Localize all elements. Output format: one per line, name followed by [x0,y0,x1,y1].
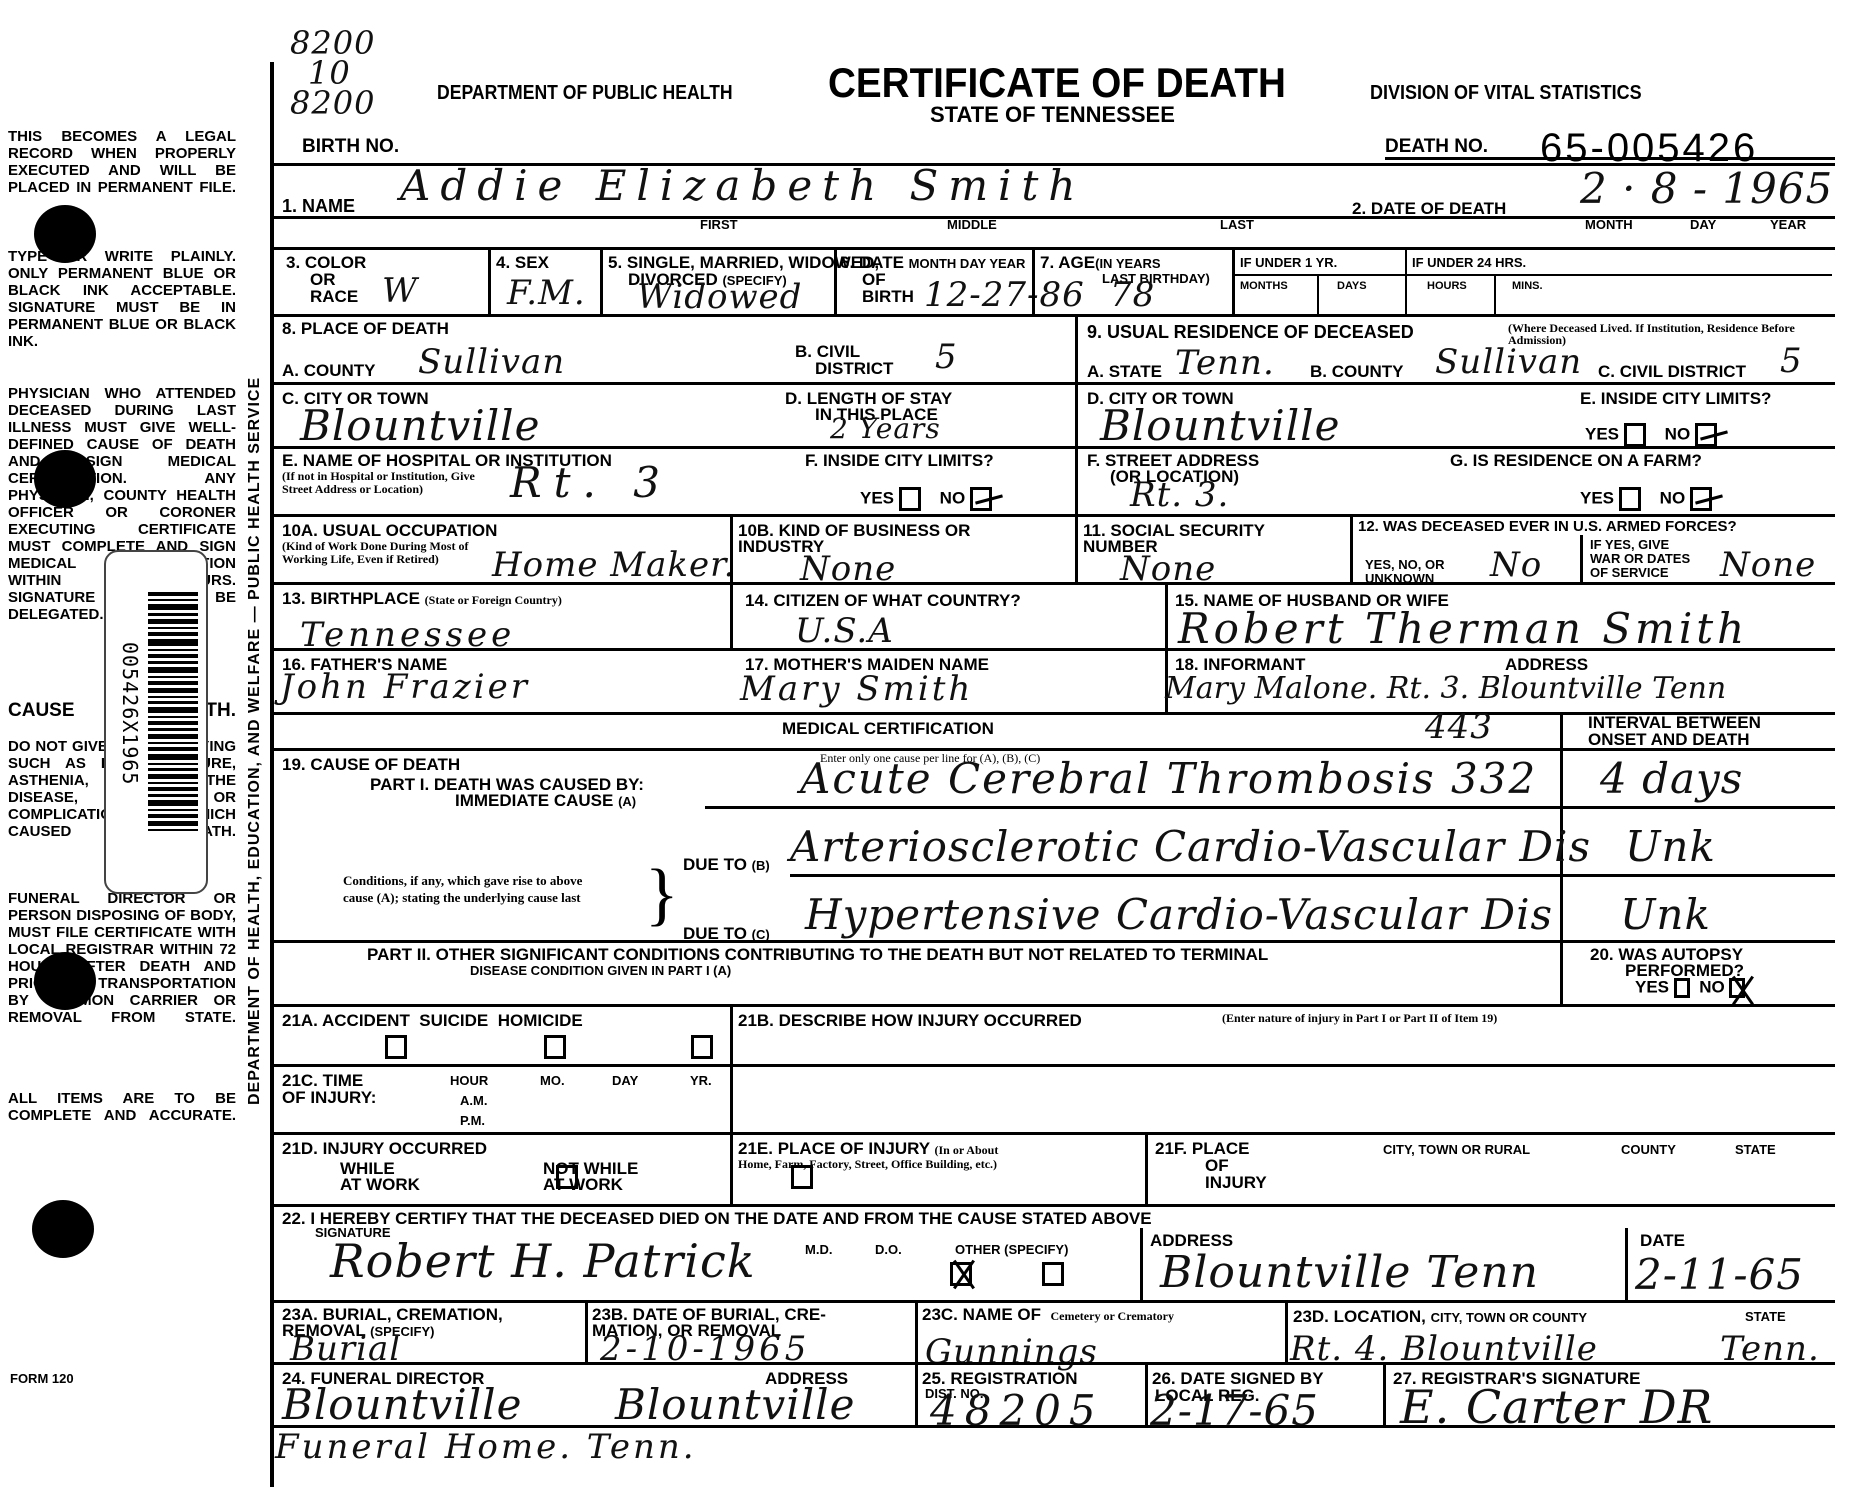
state-subtitle: STATE OF TENNESSEE [930,106,1175,123]
accident-checkbox[interactable] [385,1035,407,1059]
location-label: 23D. LOCATION, CITY, TOWN OR COUNTY [1293,1308,1587,1325]
homicide-checkbox[interactable] [691,1035,713,1059]
form-number: FORM 120 [10,1372,74,1385]
civil-label: B. CIVIL [795,343,860,360]
death-inside-yes-checkbox[interactable] [899,487,921,511]
autopsy-options: YES NO [1635,978,1745,998]
funeral-director-field[interactable]: Blountville [282,1384,522,1426]
complete-notice: ALL ITEMS ARE TO BE COMPLETE AND ACCURAT… [8,1090,236,1124]
certify-date-field[interactable]: 2-11-65 [1635,1254,1804,1296]
disposition-field[interactable]: Burial [290,1332,401,1366]
due-to-b-label: DUE TO (B) [683,856,770,873]
farm-label: G. IS RESIDENCE ON A FARM? [1450,452,1702,469]
sex-field[interactable]: F.M. [507,276,586,310]
department-label: DEPARTMENT OF PUBLIC HEALTH [437,85,733,102]
marital-status-field[interactable]: Widowed [637,280,802,314]
street-address-field[interactable]: Rt. 3. [1130,478,1229,512]
age-label: 7. AGE(IN YEARS [1040,254,1161,271]
middle-sublabel: MIDDLE [947,218,997,231]
interval-c-field[interactable]: Unk [1620,894,1711,936]
autopsy-yes-checkbox[interactable] [1674,978,1690,998]
do-label: D.O. [875,1243,902,1256]
citizen-label: 14. CITIZEN OF WHAT COUNTRY? [745,592,1021,609]
ynu-label: YES, NO, OR [1365,558,1444,571]
death-no-label: DEATH NO. [1385,138,1488,155]
death-county-field[interactable]: Sullivan [418,345,565,379]
other-specify-label: OTHER (SPECIFY) [955,1243,1068,1256]
barcode-number: 005426X1965 [118,642,142,785]
injury-county-label: COUNTY [1621,1143,1676,1156]
farm-no-checkbox[interactable] [1690,487,1712,511]
cemetery-label: 23C. NAME OF Cemetery or Crematory [922,1306,1174,1323]
hours-label: HOURS [1427,280,1467,293]
injury-state-label: STATE [1735,1143,1776,1156]
race-field[interactable]: W [382,274,418,308]
date-of-death-label: 2. DATE OF DEATH [1352,200,1506,217]
am-label: A.M. [460,1094,487,1107]
city-rural-label: CITY, TOWN OR RURAL [1383,1143,1530,1156]
occupation-field[interactable]: Home Maker. [492,548,735,582]
state-label: A. STATE [1087,363,1162,380]
injury-label: INJURY [1205,1174,1267,1191]
place-of-injury-label: 21E. PLACE OF INJURY (In or About [738,1140,998,1157]
death-city-field[interactable]: Blountville [300,405,540,447]
cause-of-death-label: 19. CAUSE OF DEATH [282,756,460,773]
file-number-handwritten: 8200 10 8200 [290,28,375,118]
farm-yes-checkbox[interactable] [1619,487,1641,511]
occupation-label: 10A. USUAL OCCUPATION [282,522,497,539]
length-of-stay-field[interactable]: 2 Years [830,412,941,446]
location-state-label: STATE [1745,1310,1786,1323]
district-label: DISTRICT [815,360,893,377]
burial-location-field[interactable]: Rt. 4. Blountville [1290,1332,1598,1366]
mo-label: MO. [540,1074,565,1087]
page-title: CERTIFICATE OF DEATH [828,62,1286,104]
month-sublabel: MONTH [1585,218,1633,231]
marital-label: 5. SINGLE, MARRIED, WIDOWED, [608,254,879,271]
yr-label: YR. [690,1074,712,1087]
mins-label: MINS. [1512,280,1543,293]
division-label: DIVISION OF VITAL STATISTICS [1370,85,1642,102]
of-label-2: OF [1205,1157,1229,1174]
dob-label: 6. DATE MONTH DAY YEAR [840,254,1025,271]
sex-label: 4. SEX [496,254,549,271]
of-injury-label: OF INJURY: [282,1089,376,1106]
registration-label: 25. REGISTRATION [922,1370,1078,1387]
cause-b-field[interactable]: Arteriosclerotic Cardio-Vascular Dis [790,826,1591,868]
war-service-field[interactable]: None [1720,548,1816,582]
time-label: 21C. TIME [282,1072,363,1089]
first-sublabel: FIRST [700,218,738,231]
medical-certification-heading: MEDICAL CERTIFICATION [782,720,994,737]
usual-residence-label: 9. USUAL RESIDENCE OF DECEASED [1087,324,1414,341]
accident-label: 21A. ACCIDENT SUICIDE HOMICIDE [282,1012,583,1029]
punch-hole [34,450,96,508]
informant-field[interactable]: Mary Malone. Rt. 3. Blountville Tenn [1165,672,1726,706]
residence-district-label: C. CIVIL DISTRICT [1598,363,1746,380]
conditions-note: Conditions, if any, which gave rise to a… [343,872,613,906]
hospital-field[interactable]: Rt. 3 [510,462,672,504]
death-number: 65-005426 [1540,128,1758,168]
performed-label: PERFORMED? [1625,962,1744,979]
interval-a-field[interactable]: 4 days [1600,758,1743,800]
date-signed-label: 26. DATE SIGNED BY [1152,1370,1324,1387]
race-label: RACE [310,288,358,305]
birth-no-label: BIRTH NO. [302,138,399,155]
do-checkbox[interactable] [1042,1262,1064,1286]
residence-city-field[interactable]: Blountville [1100,405,1340,447]
certify-label: 22. I HEREBY CERTIFY THAT THE DECEASED D… [282,1210,1152,1227]
registrar-signature[interactable]: E. Carter DR [1400,1386,1713,1428]
armed-forces-field[interactable]: No [1490,548,1542,582]
residence-county-field[interactable]: Sullivan [1435,345,1582,379]
birth-label: BIRTH [862,288,914,305]
armed-forces-label: 12. WAS DECEASED EVER IN U.S. ARMED FORC… [1358,520,1737,533]
death-district-field[interactable]: 5 [935,340,958,374]
date-of-birth-field[interactable]: 12-27-86 [924,278,1085,312]
brace-icon: } [645,860,679,930]
under-1yr-label: IF UNDER 1 YR. [1240,256,1337,269]
residence-inside-city: YES NO [1585,423,1717,447]
burial-date-field[interactable]: 2-10-1965 [600,1332,810,1366]
or-label: OR [310,271,336,288]
inside-city-limits-label: F. INSIDE CITY LIMITS? [805,452,994,469]
physician-address-field[interactable]: Blountville Tenn [1160,1252,1539,1294]
suicide-checkbox[interactable] [544,1035,566,1059]
residence-farm: YES NO [1580,487,1712,511]
hew-vertical-label: DEPARTMENT OF HEALTH, EDUCATION, AND WEL… [246,377,264,1105]
barcode-label: 005426X1965 [104,550,208,894]
part2-label: PART II. OTHER SIGNIFICANT CONDITIONS CO… [367,946,1268,963]
part2-sublabel: DISEASE CONDITION GIVEN IN PART I (A) [470,964,731,977]
funeral-address-field[interactable]: Blountville [615,1384,855,1426]
burial-state-field[interactable]: Tenn. [1720,1332,1820,1366]
autopsy-no-checkbox[interactable] [1729,978,1745,998]
last-sublabel: LAST [1220,218,1254,231]
if-yes-label: IF YES, GIVE [1590,538,1669,551]
at-work-label: AT WORK [340,1176,420,1193]
color-label: 3. COLOR [286,254,366,271]
residence-county-label: B. COUNTY [1310,363,1404,380]
age-field[interactable]: 78 [1110,278,1155,312]
of-label: OF [862,271,886,288]
certify-date-label: DATE [1640,1232,1685,1249]
residence-state-field[interactable]: Tenn. [1175,346,1275,380]
place-of-death-label: 8. PLACE OF DEATH [282,320,449,337]
onset-death-label: ONSET AND DEATH [1588,731,1750,748]
pm-label: P.M. [460,1114,485,1127]
day-sublabel: DAY [1690,218,1716,231]
hour-label: HOUR [450,1074,488,1087]
residence-inside-city-label: E. INSIDE CITY LIMITS? [1580,390,1771,407]
physician-signature[interactable]: Robert H. Patrick [330,1240,756,1282]
day-label: DAY [612,1074,638,1087]
death-inside-city: YES NO [860,487,992,511]
md-label: M.D. [805,1243,832,1256]
cause-code: 443 [1425,710,1493,744]
place-label: 21F. PLACE [1155,1140,1249,1157]
war-dates-label: WAR OR DATES [1590,552,1690,565]
decedent-name-field[interactable]: Addie Elizabeth Smith [400,165,1085,207]
barcode-icon [148,592,198,834]
residence-district-field[interactable]: 5 [1780,344,1803,378]
name-label: 1. NAME [282,198,355,215]
describe-injury-note: (Enter nature of injury in Part I or Par… [1222,1012,1497,1024]
interval-b-field[interactable]: Unk [1625,826,1716,868]
injury-occurred-label: 21D. INJURY OCCURRED [282,1140,487,1157]
year-sublabel: YEAR [1770,218,1806,231]
not-at-work-label: AT WORK [543,1176,623,1193]
md-checkbox[interactable] [950,1262,972,1286]
cause-a-field[interactable]: Acute Cerebral Thrombosis 332 [800,758,1537,800]
place-of-injury-note: Home, Farm, Factory, Street, Office Buil… [738,1158,997,1170]
business-field[interactable]: None [800,552,896,586]
interval-label: INTERVAL BETWEEN [1588,714,1761,731]
funeral-notice: FUNERAL DIRECTOR OR PERSON DISPOSING OF … [8,890,236,1026]
birthplace-label: 13. BIRTHPLACE (State or Foreign Country… [282,590,562,607]
spouse-field[interactable]: Robert Therman Smith [1178,608,1748,650]
mother-field[interactable]: Mary Smith [740,672,973,706]
service-label: OF SERVICE [1590,566,1669,579]
immediate-cause-label: IMMEDIATE CAUSE (A) [455,792,636,809]
occupation-note: (Kind of Work Done During Most of Workin… [282,540,482,566]
legal-record-notice: THIS BECOMES A LEGAL RECORD WHEN PROPERL… [8,128,236,196]
row-3-7: 3. COLOR OR RACE W 4. SEX F.M. 5. SINGLE… [272,250,1835,314]
ssn-field[interactable]: None [1120,552,1216,586]
under-24hrs-label: IF UNDER 24 HRS. [1412,256,1526,269]
punch-hole [34,952,96,1010]
death-inside-no-checkbox[interactable] [970,487,992,511]
county-label: A. COUNTY [282,362,376,379]
funeral-home-overflow: Funeral Home. Tenn. [275,1430,697,1464]
residence-inside-no-checkbox[interactable] [1695,423,1717,447]
birthplace-field[interactable]: Tennessee [300,618,515,652]
punch-hole [32,1200,94,1258]
ink-notice: TYPE OR WRITE PLAINLY. ONLY PERMANENT BL… [8,248,236,350]
date-of-death-field[interactable]: 2 · 8 - 1965 [1580,168,1833,210]
father-field[interactable]: John Frazier [280,670,530,704]
residence-inside-yes-checkbox[interactable] [1624,423,1646,447]
punch-hole [34,205,96,263]
hospital-note: (If not in Hospital or Institution, Give… [282,470,492,496]
describe-injury-label: 21B. DESCRIBE HOW INJURY OCCURRED [738,1012,1082,1029]
citizen-field[interactable]: U.S.A [795,614,894,648]
cause-c-field[interactable]: Hypertensive Cardio-Vascular Dis [805,894,1553,936]
months-label: MONTHS [1240,280,1288,293]
days-label: DAYS [1337,280,1367,293]
